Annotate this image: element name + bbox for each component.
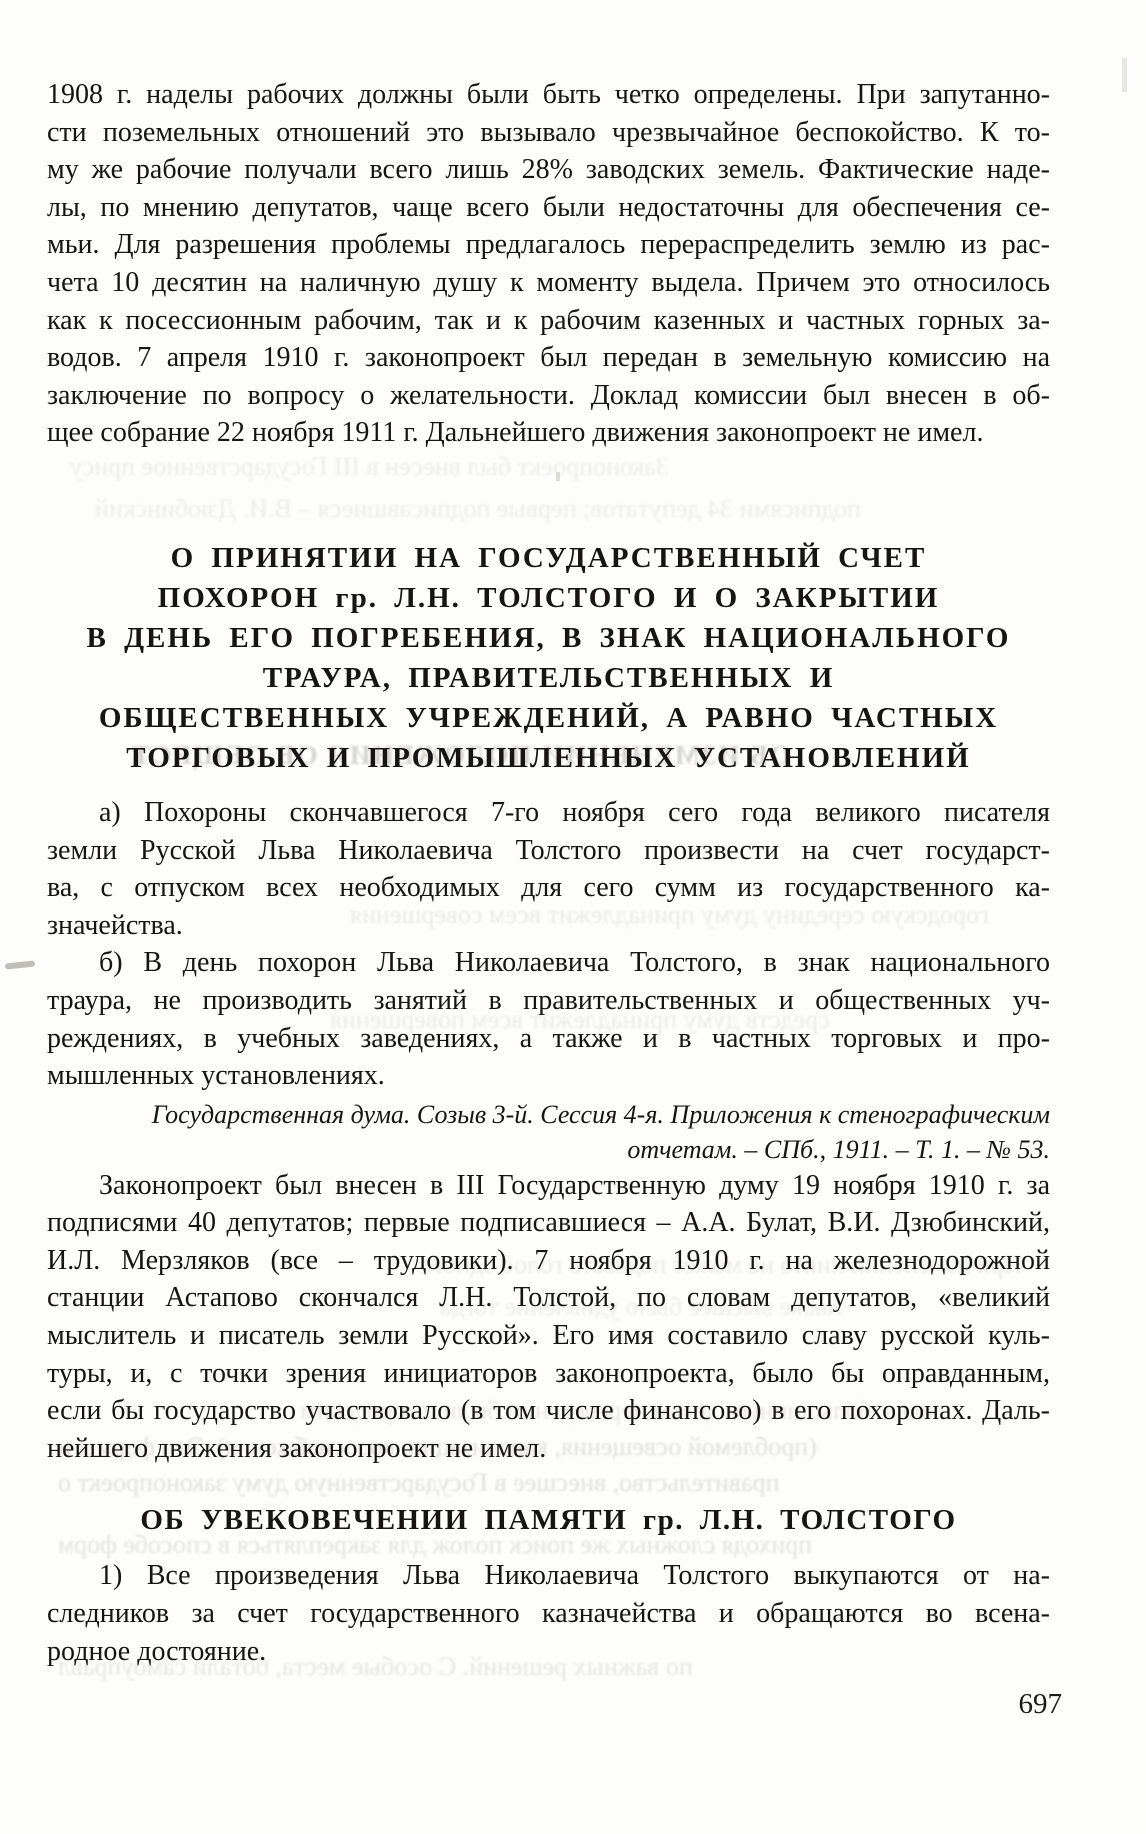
text-line: ОБ УВЕКОВЕЧЕНИИ ПАМЯТИ гр. Л.Н. ТОЛСТОГО (47, 1499, 1050, 1541)
scan-margin-mark (5, 960, 35, 969)
intro-paragraph: 1908 г. наделы рабочих должны были быть … (47, 76, 1050, 452)
text-line: если бы государство участвовало (в том ч… (47, 1392, 1050, 1430)
memorial-title: ОБ УВЕКОВЕЧЕНИИ ПАМЯТИ гр. Л.Н. ТОЛСТОГО (47, 1499, 1050, 1541)
text-line: подписями 40 депутатов; первые подписавш… (47, 1204, 1050, 1242)
text-line: отчетам. – СПб., 1911. – Т. 1. – № 53. (47, 1132, 1050, 1167)
text-line: реждениях, в учебных заведениях, а также… (47, 1020, 1050, 1058)
text-line: ва, с отпуском всех необходимых для сего… (47, 869, 1050, 907)
text-line: ТОРГОВЫХ И ПРОМЫШЛЕННЫХ УСТАНОВЛЕНИЙ (47, 738, 1050, 778)
text-line: как к посессионным рабочим, так и к рабо… (47, 302, 1050, 340)
text-line: станции Астапово скончался Л.Н. Толстой,… (47, 1279, 1050, 1317)
text-line: значейства. (47, 907, 1050, 945)
text-line: Государственная дума. Созыв 3-й. Сессия … (47, 1097, 1050, 1132)
text-line: ПОХОРОН гр. Л.Н. ТОЛСТОГО И О ЗАКРЫТИИ (47, 578, 1050, 618)
text-line: мыслитель и писатель земли Русской». Его… (47, 1317, 1050, 1355)
decree-item-b: б) В день похорон Льва Николаевича Толст… (47, 944, 1050, 1094)
text-line: а) Похороны скончавшегося 7-го ноября се… (47, 794, 1050, 832)
text-line: заключение по вопросу о желательности. Д… (47, 377, 1050, 415)
text-line: мышленных установлениях. (47, 1057, 1050, 1095)
text-line: родное достояние. (47, 1633, 1050, 1671)
text-line: И.Л. Мерзляков (все – трудовики). 7 нояб… (47, 1242, 1050, 1280)
decree-title: О ПРИНЯТИИ НА ГОСУДАРСТВЕННЫЙ СЧЕТПОХОРО… (47, 538, 1050, 778)
text-line: 1) Все произведения Льва Николаевича Тол… (47, 1557, 1050, 1595)
scan-speck (1122, 58, 1127, 92)
text-line: земли Русской Льва Николаевича Толстого … (47, 832, 1050, 870)
text-line: 1908 г. наделы рабочих должны были быть … (47, 76, 1050, 114)
text-line: водов. 7 апреля 1910 г. законопроект был… (47, 339, 1050, 377)
text-line: ОБЩЕСТВЕННЫХ УЧРЕЖДЕНИЙ, А РАВНО ЧАСТНЫХ (47, 698, 1050, 738)
text-line: траура, не производить занятий в правите… (47, 982, 1050, 1020)
text-line: О ПРИНЯТИИ НА ГОСУДАРСТВЕННЫЙ СЧЕТ (47, 538, 1050, 578)
text-line: щее собрание 22 ноября 1911 г. Дальнейше… (47, 414, 1050, 452)
scanned-book-page: Законопроект был внесен в III Государств… (0, 0, 1146, 1834)
text-line: Законопроект был внесен в III Государств… (47, 1167, 1050, 1205)
source-citation: Государственная дума. Созыв 3-й. Сессия … (47, 1097, 1050, 1167)
text-line: мьи. Для разрешения проблемы предлагалос… (47, 226, 1050, 264)
text-line: сти поземельных отношений это вызывало ч… (47, 114, 1050, 152)
page-number: 697 (1019, 1688, 1063, 1721)
memorial-item-1: 1) Все произведения Льва Николаевича Тол… (47, 1557, 1050, 1670)
commentary-paragraph: Законопроект был внесен в III Государств… (47, 1167, 1050, 1468)
text-line: В ДЕНЬ ЕГО ПОГРЕБЕНИЯ, В ЗНАК НАЦИОНАЛЬН… (47, 618, 1050, 658)
text-line: лы, по мнению депутатов, чаще всего были… (47, 189, 1050, 227)
text-line: чета 10 десятин на наличную душу к момен… (47, 264, 1050, 302)
text-line: ТРАУРА, ПРАВИТЕЛЬСТВЕННЫХ И (47, 658, 1050, 698)
decree-item-a: а) Похороны скончавшегося 7-го ноября се… (47, 794, 1050, 944)
text-column: 1908 г. наделы рабочих должны были быть … (47, 76, 1050, 1670)
text-line: туры, и, с точки зрения инициаторов зако… (47, 1355, 1050, 1393)
text-line: му же рабочие получали всего лишь 28% за… (47, 151, 1050, 189)
text-line: следников за счет государственного казна… (47, 1595, 1050, 1633)
text-line: б) В день похорон Льва Николаевича Толст… (47, 944, 1050, 982)
text-line: нейшего движения законопроект не имел. (47, 1430, 1050, 1468)
